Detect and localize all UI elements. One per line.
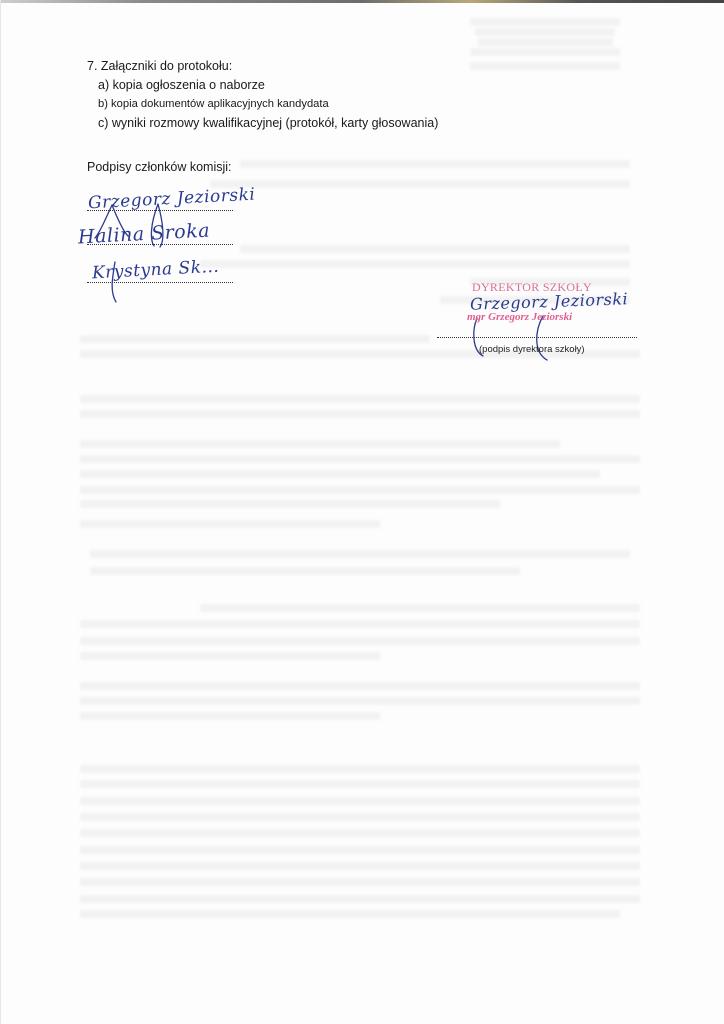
attachments-heading: 7. Załączniki do protokołu: <box>87 57 438 76</box>
director-signature-line <box>437 337 637 338</box>
scan-left-edge <box>0 0 1 1024</box>
show-through-line <box>475 28 615 36</box>
attachment-item: c) wyniki rozmowy kwalifikacyjnej (proto… <box>98 114 438 133</box>
signature-flourishes <box>0 0 724 1024</box>
show-through-line <box>80 520 380 528</box>
show-through-line <box>80 395 640 403</box>
committee-signatures-heading: Podpisy członków komisji: <box>87 160 232 174</box>
show-through-line <box>80 697 640 705</box>
signature-line <box>87 282 233 283</box>
attachment-item: b) kopia dokumentów aplikacyjnych kandyd… <box>98 95 438 114</box>
show-through-line <box>240 160 630 168</box>
show-through-line <box>80 878 640 886</box>
show-through-line <box>90 567 520 575</box>
show-through-line <box>80 620 640 628</box>
show-through-line <box>200 260 630 268</box>
director-signature-caption: (podpis dyrektora szkoły) <box>479 344 585 355</box>
show-through-line <box>210 180 630 188</box>
director-stamp-name: mgr Grzegorz Jeziorski <box>467 311 572 323</box>
show-through-line <box>80 712 380 720</box>
show-through-line <box>80 440 560 448</box>
show-through-line <box>80 797 640 805</box>
show-through-line <box>80 470 600 478</box>
show-through-line <box>80 765 640 773</box>
show-through-line <box>80 637 640 645</box>
show-through-line <box>80 910 620 918</box>
show-through-line <box>80 335 430 343</box>
show-through-line <box>470 62 620 70</box>
scan-top-edge <box>0 0 724 3</box>
show-through-line <box>80 652 380 660</box>
show-through-line <box>470 18 620 26</box>
attachments-list: a) kopia ogłoszenia o naborze b) kopia d… <box>87 76 438 133</box>
attachments-section: 7. Załączniki do protokołu: a) kopia ogł… <box>87 57 438 133</box>
show-through-line <box>80 846 640 854</box>
show-through-line <box>80 895 640 903</box>
show-through-line <box>80 486 640 494</box>
show-through-line <box>470 48 620 56</box>
show-through-line <box>200 604 640 612</box>
show-through-line <box>478 38 613 46</box>
committee-signature: Krystyna Sk... <box>92 257 220 284</box>
show-through-line <box>80 682 640 690</box>
attachment-item: a) kopia ogłoszenia o naborze <box>98 76 438 95</box>
show-through-line <box>80 455 640 463</box>
show-through-line <box>80 813 640 821</box>
show-through-line <box>80 410 640 418</box>
show-through-line <box>80 862 640 870</box>
show-through-line <box>240 245 630 253</box>
show-through-line <box>80 780 640 788</box>
show-through-line <box>80 829 640 837</box>
signature-line <box>87 210 233 211</box>
signature-line <box>87 244 233 245</box>
show-through-line <box>90 550 630 558</box>
show-through-line <box>80 500 500 508</box>
